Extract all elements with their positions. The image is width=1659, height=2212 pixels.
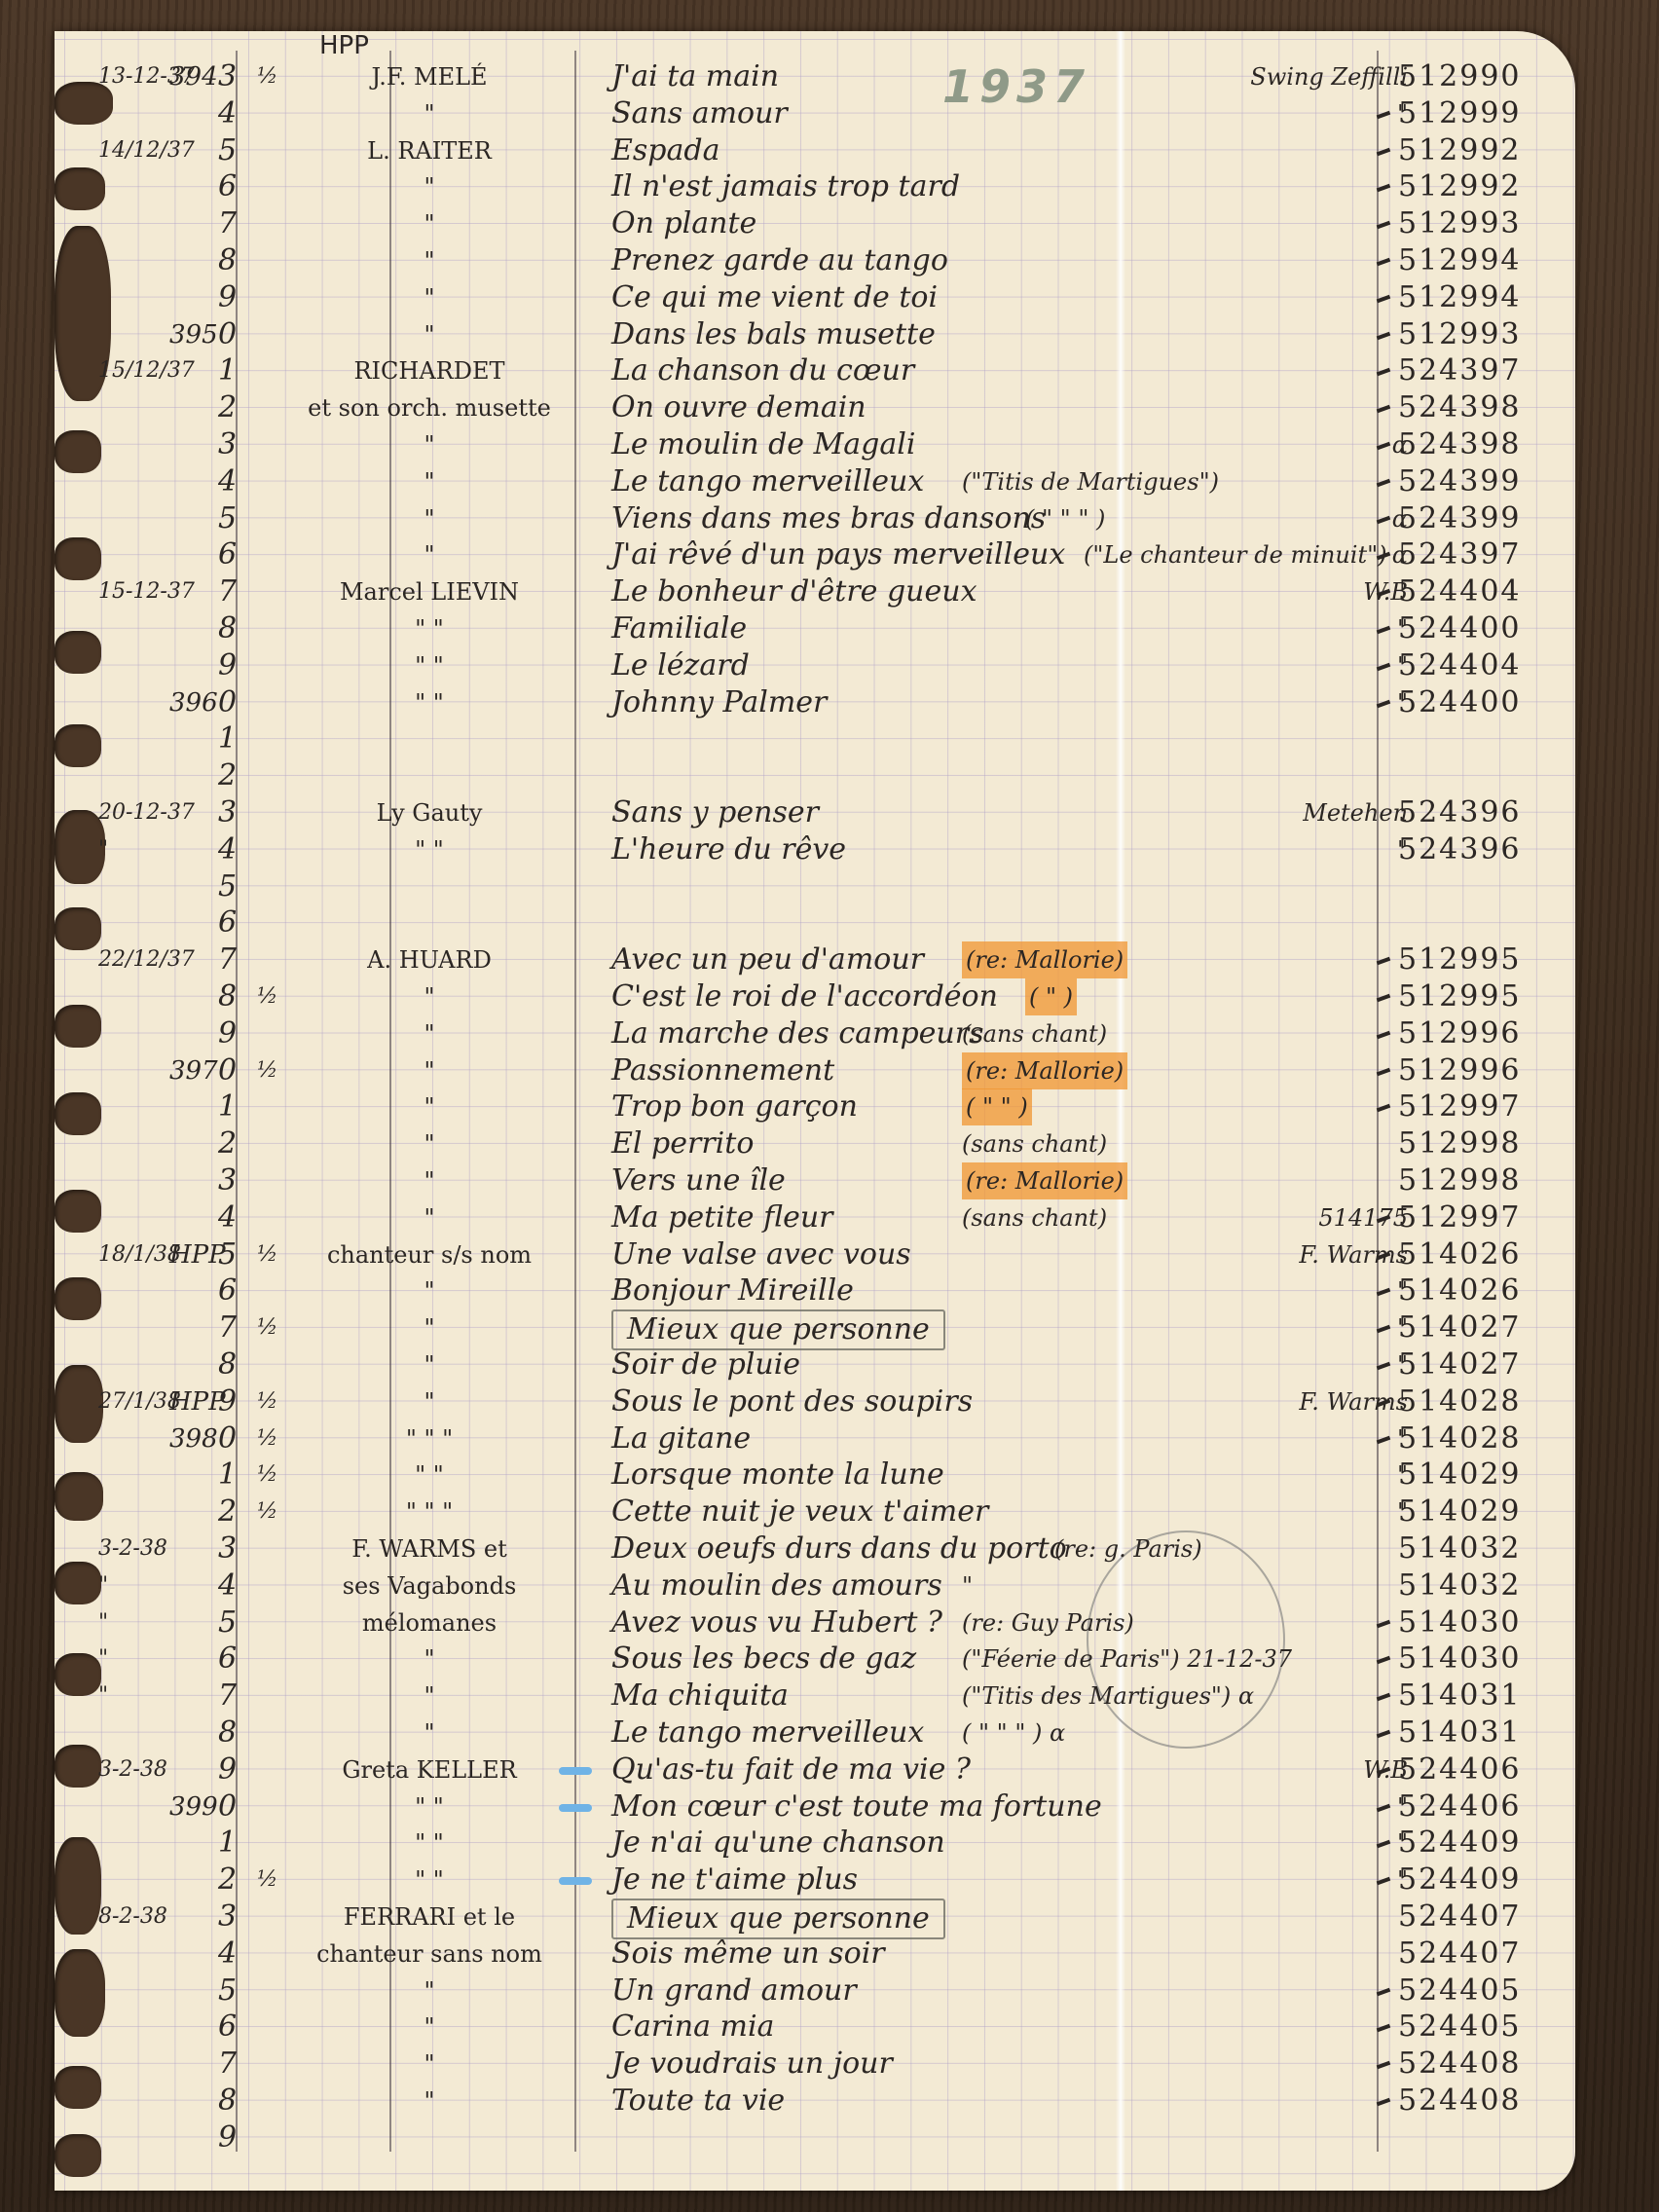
matrix-number-cell: 514026: [1377, 1272, 1522, 1309]
table-row: 5: [55, 868, 1575, 905]
take-number-cell: 8: [218, 610, 237, 647]
title-cell: Une valse avec vous: [611, 1236, 911, 1273]
table-row: 3-2-383F. WARMS etDeux oeufs durs dans d…: [55, 1530, 1575, 1567]
table-row: "4ses VagabondsAu moulin des amours"5140…: [55, 1567, 1575, 1604]
matrix-number: 512994: [1398, 243, 1522, 277]
artist-cell: " ": [269, 1456, 590, 1493]
blue-highlight-mark: [559, 1877, 592, 1885]
date-cell: ": [98, 1641, 108, 1677]
take-number-cell: 5: [218, 500, 237, 537]
table-row: 6"J'ai rêvé d'un pays merveilleux("Le ch…: [55, 536, 1575, 573]
matrix-number-cell: 524398: [1377, 426, 1522, 463]
take-number-cell: 9: [218, 2120, 237, 2157]
table-row: 6: [55, 904, 1575, 941]
take-number-cell: 5: [218, 1236, 237, 1273]
matrix-number: 524405: [1398, 1973, 1522, 2008]
take-number-cell: 3: [218, 1530, 237, 1567]
title-cell: Mieux que personne: [611, 1309, 945, 1350]
matrix-number: 524409: [1398, 1825, 1522, 1860]
take-number-cell: 7: [218, 205, 237, 242]
matrix-number-cell: 524406: [1377, 1751, 1522, 1788]
matrix-number: 512998: [1398, 1163, 1522, 1198]
table-row: 3960" "Johnny Palmer"524400: [55, 684, 1575, 721]
artist-cell: ": [269, 1125, 590, 1162]
title-cell: Deux oeufs durs dans du porto: [611, 1530, 1067, 1567]
note-cell: ("Féerie de Paris") 21-12-37: [962, 1641, 1292, 1677]
artist-cell: RICHARDET: [269, 352, 590, 389]
artist-cell: ": [269, 1641, 590, 1677]
label-cell: α: [1164, 536, 1408, 573]
matrix-number: 514029: [1398, 1457, 1522, 1492]
matrix-number: 524399: [1398, 464, 1522, 498]
title-cell: La gitane: [611, 1420, 751, 1457]
matrix-number-cell: 514030: [1377, 1604, 1522, 1641]
table-row: 7"On plante512993: [55, 205, 1575, 242]
table-row: 8"Soir de pluie"514027: [55, 1346, 1575, 1383]
table-row: 3-2-389Greta KELLERQu'as-tu fait de ma v…: [55, 1751, 1575, 1788]
matrix-number: 514027: [1398, 1310, 1522, 1345]
check-tick-icon: [1377, 663, 1391, 672]
table-row: 8½"C'est le roi de l'accordéon( " )51299…: [55, 978, 1575, 1015]
take-number-cell: 8: [218, 1714, 237, 1751]
title-cell: Sois même un soir: [611, 1935, 885, 1972]
series-heading: HPP: [319, 31, 369, 60]
take-number-cell: 6: [218, 2009, 237, 2046]
matrix-number: 512994: [1398, 280, 1522, 314]
take-number-cell: 1: [218, 1088, 237, 1125]
table-row: 7"Je voudrais un jour524408: [55, 2046, 1575, 2083]
artist-cell: " ": [269, 1825, 590, 1862]
table-row: 3"Le moulin de Magaliα524398: [55, 426, 1575, 463]
take-number-cell: 4: [218, 463, 237, 500]
date-cell: 14/12/37: [98, 132, 195, 169]
check-tick-icon: [1377, 295, 1391, 304]
title-cell: J'ai ta main: [611, 58, 779, 95]
artist-cell: " ": [269, 684, 590, 721]
note-cell: ( " " ): [962, 1088, 1032, 1125]
matrix-number-cell: 524408: [1377, 2083, 1522, 2120]
label-cell: Swing Zeffilli: [1164, 58, 1408, 95]
matrix-number-cell: 514030: [1377, 1641, 1522, 1677]
blue-highlight-mark: [559, 1767, 592, 1775]
note-cell: ": [962, 1567, 973, 1604]
matrix-number: 514028: [1398, 1421, 1522, 1456]
artist-cell: " ": [269, 610, 590, 647]
matrix-number-cell: 524399: [1377, 463, 1522, 500]
title-cell: J'ai rêvé d'un pays merveilleux: [611, 536, 1065, 573]
table-row: "7"Ma chiquita("Titis des Martigues") α5…: [55, 1677, 1575, 1714]
check-tick-icon: [1377, 479, 1391, 488]
check-tick-icon: [1377, 1325, 1391, 1334]
take-number-cell: 9: [218, 1383, 237, 1420]
artist-cell: FERRARI et le: [269, 1899, 590, 1935]
label-cell: ": [1164, 684, 1408, 721]
take-number-cell: 6: [218, 1272, 237, 1309]
matrix-number: 524404: [1398, 648, 1522, 682]
table-row: 27/1/38HPP9½"Sous le pont des soupirsF. …: [55, 1383, 1575, 1420]
table-row: 14/12/375L. RAITEREspada512992: [55, 132, 1575, 169]
table-row: 9: [55, 2120, 1575, 2157]
matrix-number: 524400: [1398, 611, 1522, 645]
note-cell: (sans chant): [962, 1015, 1107, 1052]
title-cell: Avez vous vu Hubert ?: [611, 1604, 942, 1641]
label-cell: ": [1164, 95, 1408, 132]
title-cell: On plante: [611, 205, 756, 242]
label-cell: ": [1164, 1272, 1408, 1309]
matrix-number: 524406: [1398, 1752, 1522, 1787]
matrix-number: 512992: [1398, 169, 1522, 203]
table-row: 8"Prenez garde au tango512994: [55, 242, 1575, 279]
title-cell: Le bonheur d'être gueux: [611, 573, 977, 610]
table-row: 3980½" " "La gitane"514028: [55, 1420, 1575, 1457]
title-cell: Un grand amour: [611, 1972, 857, 2009]
matrix-number-cell: 512994: [1377, 279, 1522, 316]
matrix-number-cell: 512996: [1377, 1052, 1522, 1089]
series-cell: 396: [169, 684, 218, 721]
check-tick-icon: [1377, 1215, 1391, 1224]
take-number-cell: 0: [218, 1420, 237, 1457]
check-tick-icon: [1377, 1693, 1391, 1702]
matrix-number: 514029: [1398, 1494, 1522, 1529]
check-tick-icon: [1377, 2061, 1391, 2070]
table-row: 1: [55, 720, 1575, 757]
table-row: 1"Trop bon garçon( " " )512997: [55, 1088, 1575, 1125]
title-cell: Je ne t'aime plus: [611, 1862, 858, 1899]
title-cell: Cette nuit je veux t'aimer: [611, 1493, 988, 1530]
table-row: 1" "Je n'ai qu'une chanson"524409: [55, 1825, 1575, 1862]
check-tick-icon: [1377, 1251, 1391, 1260]
matrix-number-cell: 512997: [1377, 1199, 1522, 1236]
date-cell: 20-12-37: [98, 794, 195, 831]
artist-cell: Greta KELLER: [269, 1751, 590, 1788]
artist-cell: ": [269, 95, 590, 132]
matrix-number-cell: 524409: [1377, 1825, 1522, 1862]
artist-cell: ": [269, 168, 590, 205]
matrix-number-cell: 512992: [1377, 132, 1522, 169]
matrix-number: 524397: [1398, 537, 1522, 571]
series-cell: 399: [169, 1788, 218, 1825]
title-cell: Johnny Palmer: [611, 684, 827, 721]
title-cell: Espada: [611, 132, 719, 169]
matrix-number: 512996: [1398, 1053, 1522, 1088]
label-cell: α: [1164, 426, 1408, 463]
artist-cell: " ": [269, 647, 590, 684]
artist-cell: ": [269, 316, 590, 353]
note-cell: (re: Mallorie): [962, 941, 1127, 978]
check-tick-icon: [1377, 1656, 1391, 1665]
title-cell: Sans y penser: [611, 794, 819, 831]
label-cell: ": [1164, 610, 1408, 647]
label-cell: ": [1164, 1346, 1408, 1383]
table-row: 3"Vers une île(re: Mallorie)512998: [55, 1162, 1575, 1199]
artist-cell: ": [269, 978, 590, 1015]
matrix-number-cell: 512995: [1377, 978, 1522, 1015]
artist-cell: ": [269, 1383, 590, 1420]
title-cell: Familiale: [611, 610, 747, 647]
table-row: 18/1/38HPP5½chanteur s/s nomUne valse av…: [55, 1236, 1575, 1273]
label-cell: ": [1164, 1862, 1408, 1899]
matrix-number: 512993: [1398, 206, 1522, 240]
label-cell: W.B: [1164, 573, 1408, 610]
matrix-number: 512990: [1398, 59, 1522, 93]
artist-cell: ": [269, 2046, 590, 2083]
date-cell: 8-2-38: [98, 1899, 167, 1935]
series-cell: 394: [169, 58, 218, 95]
label-cell: W.B: [1164, 1751, 1408, 1788]
take-number-cell: 9: [218, 1015, 237, 1052]
table-row: 6"Carina mia524405: [55, 2009, 1575, 2046]
series-cell: 395: [169, 316, 218, 353]
take-number-cell: 7: [218, 2046, 237, 2083]
artist-cell: A. HUARD: [269, 941, 590, 978]
take-number-cell: 2: [218, 1125, 237, 1162]
title-cell: Qu'as-tu fait de ma vie ?: [611, 1751, 971, 1788]
matrix-number: 524396: [1398, 795, 1522, 829]
check-tick-icon: [1377, 626, 1391, 635]
artist-cell: ": [269, 536, 590, 573]
matrix-number-cell: 514026: [1377, 1236, 1522, 1273]
matrix-number: 512996: [1398, 1016, 1522, 1051]
take-number-cell: 4: [218, 95, 237, 132]
ledger-page: HPP 1937 13-12-373943½J.F. MELÉJ'ai ta m…: [55, 31, 1575, 2191]
matrix-number-cell: 524408: [1377, 2046, 1522, 2083]
artist-cell: et son orch. musette: [269, 389, 590, 426]
matrix-number: 524398: [1398, 390, 1522, 424]
matrix-number: 512992: [1398, 133, 1522, 167]
artist-cell: " " ": [269, 1493, 590, 1530]
title-cell: Mon cœur c'est toute ma fortune: [611, 1788, 1102, 1825]
artist-cell: ": [269, 242, 590, 279]
table-row: 20-12-373Ly GautySans y penserMetehen524…: [55, 794, 1575, 831]
matrix-number: 514026: [1398, 1237, 1522, 1272]
matrix-number-cell: 512994: [1377, 242, 1522, 279]
take-number-cell: 7: [218, 573, 237, 610]
matrix-number: 514030: [1398, 1605, 1522, 1640]
title-cell: Dans les bals musette: [611, 316, 936, 353]
artist-cell: ": [269, 1346, 590, 1383]
title-cell: Le lézard: [611, 647, 750, 684]
take-number-cell: 6: [218, 536, 237, 573]
artist-cell: ": [269, 1972, 590, 2009]
matrix-number-cell: 514027: [1377, 1309, 1522, 1346]
matrix-number-cell: 512999: [1377, 95, 1522, 132]
take-number-cell: 4: [218, 1935, 237, 1972]
table-row: 8"Le tango merveilleux( " " " ) α514031: [55, 1714, 1575, 1751]
title-cell: Il n'est jamais trop tard: [611, 168, 960, 205]
matrix-number: 524396: [1398, 832, 1522, 866]
take-number-cell: 5: [218, 132, 237, 169]
table-row: 5"Viens dans mes bras dansons( " " " )α5…: [55, 500, 1575, 537]
matrix-number-cell: 524397: [1377, 536, 1522, 573]
matrix-number: 514032: [1398, 1568, 1522, 1603]
matrix-number-cell: 514028: [1377, 1383, 1522, 1420]
check-tick-icon: [1377, 1767, 1391, 1776]
take-number-cell: 9: [218, 1751, 237, 1788]
take-number-cell: 0: [218, 316, 237, 353]
matrix-number-cell: 512992: [1377, 168, 1522, 205]
artist-cell: " ": [269, 1862, 590, 1899]
artist-cell: ": [269, 1015, 590, 1052]
check-tick-icon: [1377, 2098, 1391, 2107]
matrix-number: 512993: [1398, 317, 1522, 351]
take-number-cell: 8: [218, 978, 237, 1015]
take-number-cell: 6: [218, 1641, 237, 1677]
table-row: 9" "Le lézard"524404: [55, 647, 1575, 684]
take-number-cell: 9: [218, 647, 237, 684]
artist-cell: ": [269, 1162, 590, 1199]
take-number-cell: 6: [218, 168, 237, 205]
check-tick-icon: [1377, 1730, 1391, 1739]
take-number-cell: 8: [218, 2083, 237, 2120]
date-cell: ": [98, 1567, 108, 1604]
artist-cell: mélomanes: [269, 1604, 590, 1641]
artist-cell: ": [269, 2083, 590, 2120]
title-cell: Ma petite fleur: [611, 1199, 833, 1236]
matrix-number-cell: 524406: [1377, 1788, 1522, 1825]
note-cell: (sans chant): [962, 1199, 1107, 1236]
check-tick-icon: [1377, 1362, 1391, 1371]
check-tick-icon: [1377, 442, 1391, 451]
take-number-cell: 3: [218, 426, 237, 463]
matrix-number: 514032: [1398, 1531, 1522, 1566]
table-row: 15-12-377Marcel LIEVINLe bonheur d'être …: [55, 573, 1575, 610]
table-row: 8-2-383FERRARI et leMieux que personne52…: [55, 1899, 1575, 1935]
note-cell: (re: Mallorie): [962, 1052, 1127, 1089]
matrix-number-cell: 512996: [1377, 1015, 1522, 1052]
table-row: "5mélomanesAvez vous vu Hubert ?(re: Guy…: [55, 1604, 1575, 1641]
matrix-number-cell: 524400: [1377, 610, 1522, 647]
title-cell: Le tango merveilleux: [611, 1714, 924, 1751]
matrix-number: 514031: [1398, 1678, 1522, 1713]
label-cell: ": [1164, 647, 1408, 684]
table-row: 6"Bonjour Mireille"514026: [55, 1272, 1575, 1309]
table-row: 3970½"Passionnement(re: Mallorie)512996: [55, 1052, 1575, 1089]
take-number-cell: 2: [218, 757, 237, 794]
check-tick-icon: [1377, 1399, 1391, 1408]
note-cell: ( " " " ): [1025, 500, 1105, 537]
matrix-number: 524404: [1398, 574, 1522, 608]
title-cell: Ma chiquita: [611, 1677, 789, 1714]
check-tick-icon: [1377, 994, 1391, 1003]
date-cell: 3-2-38: [98, 1530, 167, 1567]
matrix-number-cell: 524396: [1398, 794, 1522, 831]
matrix-number: 524408: [1398, 2046, 1522, 2081]
artist-cell: chanteur s/s nom: [269, 1236, 590, 1273]
title-cell: Ce qui me vient de toi: [611, 279, 938, 316]
matrix-number-cell: 512998: [1398, 1162, 1522, 1199]
take-number-cell: 0: [218, 1788, 237, 1825]
matrix-number: 524406: [1398, 1789, 1522, 1824]
note-cell: (sans chant): [962, 1125, 1107, 1162]
take-number-cell: 9: [218, 279, 237, 316]
table-row: 2½" "Je ne t'aime plus"524409: [55, 1862, 1575, 1899]
title-cell: Prenez garde au tango: [611, 242, 948, 279]
matrix-number-cell: 514027: [1377, 1346, 1522, 1383]
matrix-number-cell: 524405: [1377, 1972, 1522, 2009]
matrix-number: 514028: [1398, 1384, 1522, 1419]
matrix-number-cell: 514029: [1398, 1493, 1522, 1530]
check-tick-icon: [1377, 1619, 1391, 1628]
title-cell: Le tango merveilleux: [611, 463, 924, 500]
matrix-number: 524409: [1398, 1862, 1522, 1897]
date-cell: 22/12/37: [98, 941, 195, 978]
take-number-cell: 5: [218, 868, 237, 905]
label-cell: ": [1164, 1493, 1408, 1530]
check-tick-icon: [1377, 699, 1391, 708]
matrix-number: 512998: [1398, 1126, 1522, 1161]
artist-cell: F. WARMS et: [269, 1530, 590, 1567]
matrix-number-cell: 524398: [1377, 389, 1522, 426]
title-cell: Mieux que personne: [611, 1899, 945, 1939]
date-cell: ": [98, 831, 108, 868]
check-tick-icon: [1377, 552, 1391, 561]
title-cell: Viens dans mes bras dansons: [611, 500, 1046, 537]
title-cell: Passionnement: [611, 1052, 834, 1089]
matrix-number: 524400: [1398, 685, 1522, 719]
label-cell: α: [1164, 500, 1408, 537]
check-tick-icon: [1377, 111, 1391, 120]
artist-cell: " ": [269, 1788, 590, 1825]
check-tick-icon: [1377, 1435, 1391, 1444]
take-number-cell: 0: [218, 684, 237, 721]
title-cell: Sans amour: [611, 95, 788, 132]
check-tick-icon: [1377, 368, 1391, 377]
note-cell: ("Titis des Martigues") α: [962, 1677, 1254, 1714]
take-number-cell: 7: [218, 1309, 237, 1346]
take-number-cell: 4: [218, 1199, 237, 1236]
artist-cell: ": [269, 1052, 590, 1089]
matrix-number-cell: 514028: [1377, 1420, 1522, 1457]
artist-cell: ": [269, 1677, 590, 1714]
title-cell: La marche des campeurs: [611, 1015, 983, 1052]
artist-cell: Ly Gauty: [269, 794, 590, 831]
note-cell: (re: Guy Paris): [962, 1604, 1134, 1641]
check-tick-icon: [1377, 1104, 1391, 1113]
check-tick-icon: [1377, 589, 1391, 598]
label-cell: Metehen: [1164, 794, 1408, 831]
check-tick-icon: [1377, 405, 1391, 414]
table-row: 3990" "Mon cœur c'est toute ma fortune"5…: [55, 1788, 1575, 1825]
matrix-number-cell: 512993: [1377, 205, 1522, 242]
matrix-number-cell: 512993: [1377, 316, 1522, 353]
note-cell: ( " ): [1025, 978, 1077, 1015]
matrix-number-cell: 514032: [1398, 1567, 1522, 1604]
table-row: 4"Le tango merveilleux("Titis de Martigu…: [55, 463, 1575, 500]
title-cell: Au moulin des amours: [611, 1567, 942, 1604]
take-number-cell: 8: [218, 1346, 237, 1383]
matrix-number-cell: 512998: [1398, 1125, 1522, 1162]
matrix-number-cell: 524404: [1377, 647, 1522, 684]
artist-cell: ses Vagabonds: [269, 1567, 590, 1604]
check-tick-icon: [1377, 1877, 1391, 1886]
note-cell: ( " " " ) α: [962, 1714, 1065, 1751]
date-cell: 3-2-38: [98, 1751, 167, 1788]
take-number-cell: 3: [218, 794, 237, 831]
matrix-number-cell: 524407: [1398, 1935, 1522, 1972]
title-cell: C'est le roi de l'accordéon: [611, 978, 998, 1015]
take-number-cell: 5: [218, 1604, 237, 1641]
take-number-cell: 3: [218, 1162, 237, 1199]
table-row: 22/12/377A. HUARDAvec un peu d'amour(re:…: [55, 941, 1575, 978]
take-number-cell: 1: [218, 1825, 237, 1862]
label-cell: ": [1164, 1788, 1408, 1825]
matrix-number: 524397: [1398, 353, 1522, 387]
take-number-cell: 7: [218, 1677, 237, 1714]
check-tick-icon: [1377, 184, 1391, 193]
artist-cell: ": [269, 1309, 590, 1346]
matrix-number-cell: 512997: [1377, 1088, 1522, 1125]
take-number-cell: 7: [218, 941, 237, 978]
